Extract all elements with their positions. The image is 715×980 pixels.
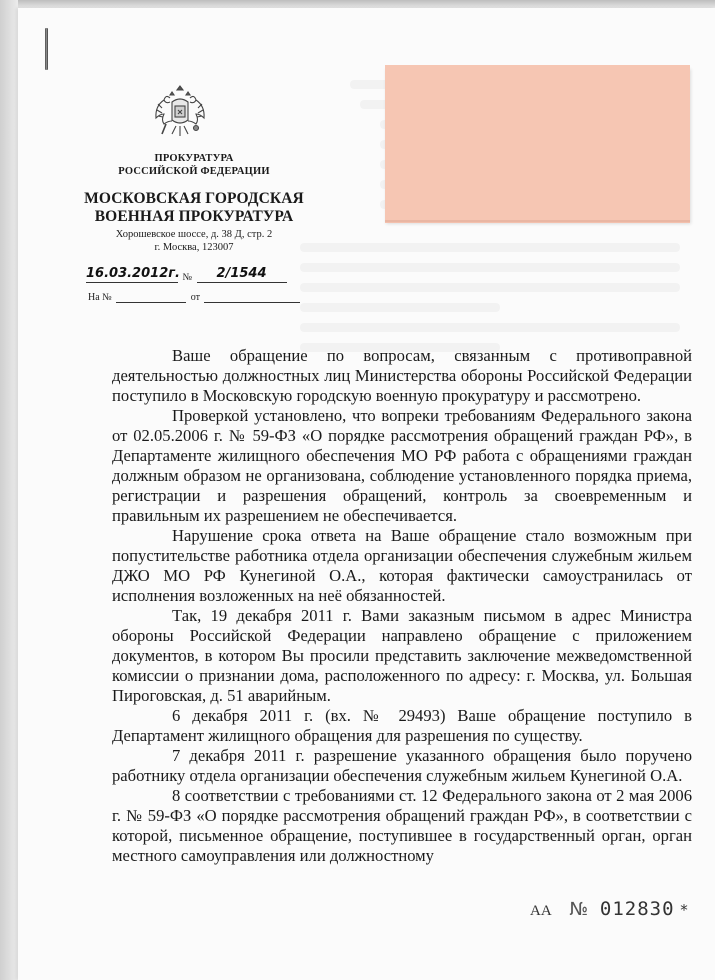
- org-name-line1: МОСКОВСКАЯ ГОРОДСКАЯ: [84, 190, 304, 208]
- address-line1: Хорошевское шоссе, д. 38 Д, стр. 2: [84, 228, 304, 241]
- paragraph: Так, 19 декабря 2011 г. Вами заказным пи…: [112, 606, 692, 706]
- scan-left-edge: [0, 0, 18, 980]
- in-reply-field: [116, 290, 186, 303]
- serial-number-sign: №: [569, 899, 588, 920]
- asterisk-icon: *: [680, 901, 688, 919]
- parent-org-line2: РОССИЙСКОЙ ФЕДЕРАЦИИ: [84, 165, 304, 178]
- serial-number: 012830: [600, 898, 675, 920]
- paragraph: Ваше обращение по вопросам, связанным с …: [112, 346, 692, 406]
- outgoing-reference: 16.03.2012г. № 2/1544: [86, 266, 287, 283]
- from-label: от: [191, 292, 200, 303]
- letter-body: Ваше обращение по вопросам, связанным с …: [112, 346, 692, 866]
- incoming-reference: На № от: [86, 290, 300, 303]
- number-label: №: [183, 272, 193, 283]
- parent-org-line1: ПРОКУРАТУРА: [84, 152, 304, 165]
- from-field: [204, 290, 300, 303]
- date-handwritten: 16.03.2012г.: [86, 266, 178, 283]
- scan-top-edge: [0, 0, 715, 8]
- paragraph: Нарушение срока ответа на Ваше обращение…: [112, 526, 692, 606]
- org-name-line2: ВОЕННАЯ ПРОКУРАТУРА: [84, 208, 304, 226]
- in-reply-label: На №: [88, 292, 112, 303]
- address-line2: г. Москва, 123007: [84, 241, 304, 254]
- serial-series: АА: [530, 903, 552, 919]
- paragraph: 6 декабря 2011 г. (вх. № 29493) Ваше обр…: [112, 706, 692, 746]
- number-handwritten: 2/1544: [197, 266, 287, 283]
- paragraph: 7 декабря 2011 г. разрешение указанного …: [112, 746, 692, 786]
- sticky-note-redaction: [385, 65, 690, 220]
- paragraph: 8 соответствии с требованиями ст. 12 Фед…: [112, 786, 692, 866]
- paragraph: Проверкой установлено, что вопреки требо…: [112, 406, 692, 526]
- form-serial-number: АА № 012830 *: [530, 898, 688, 920]
- staple-icon: [45, 28, 48, 70]
- letterhead: ПРОКУРАТУРА РОССИЙСКОЙ ФЕДЕРАЦИИ МОСКОВС…: [84, 152, 304, 254]
- russian-coat-of-arms-icon: [152, 82, 208, 142]
